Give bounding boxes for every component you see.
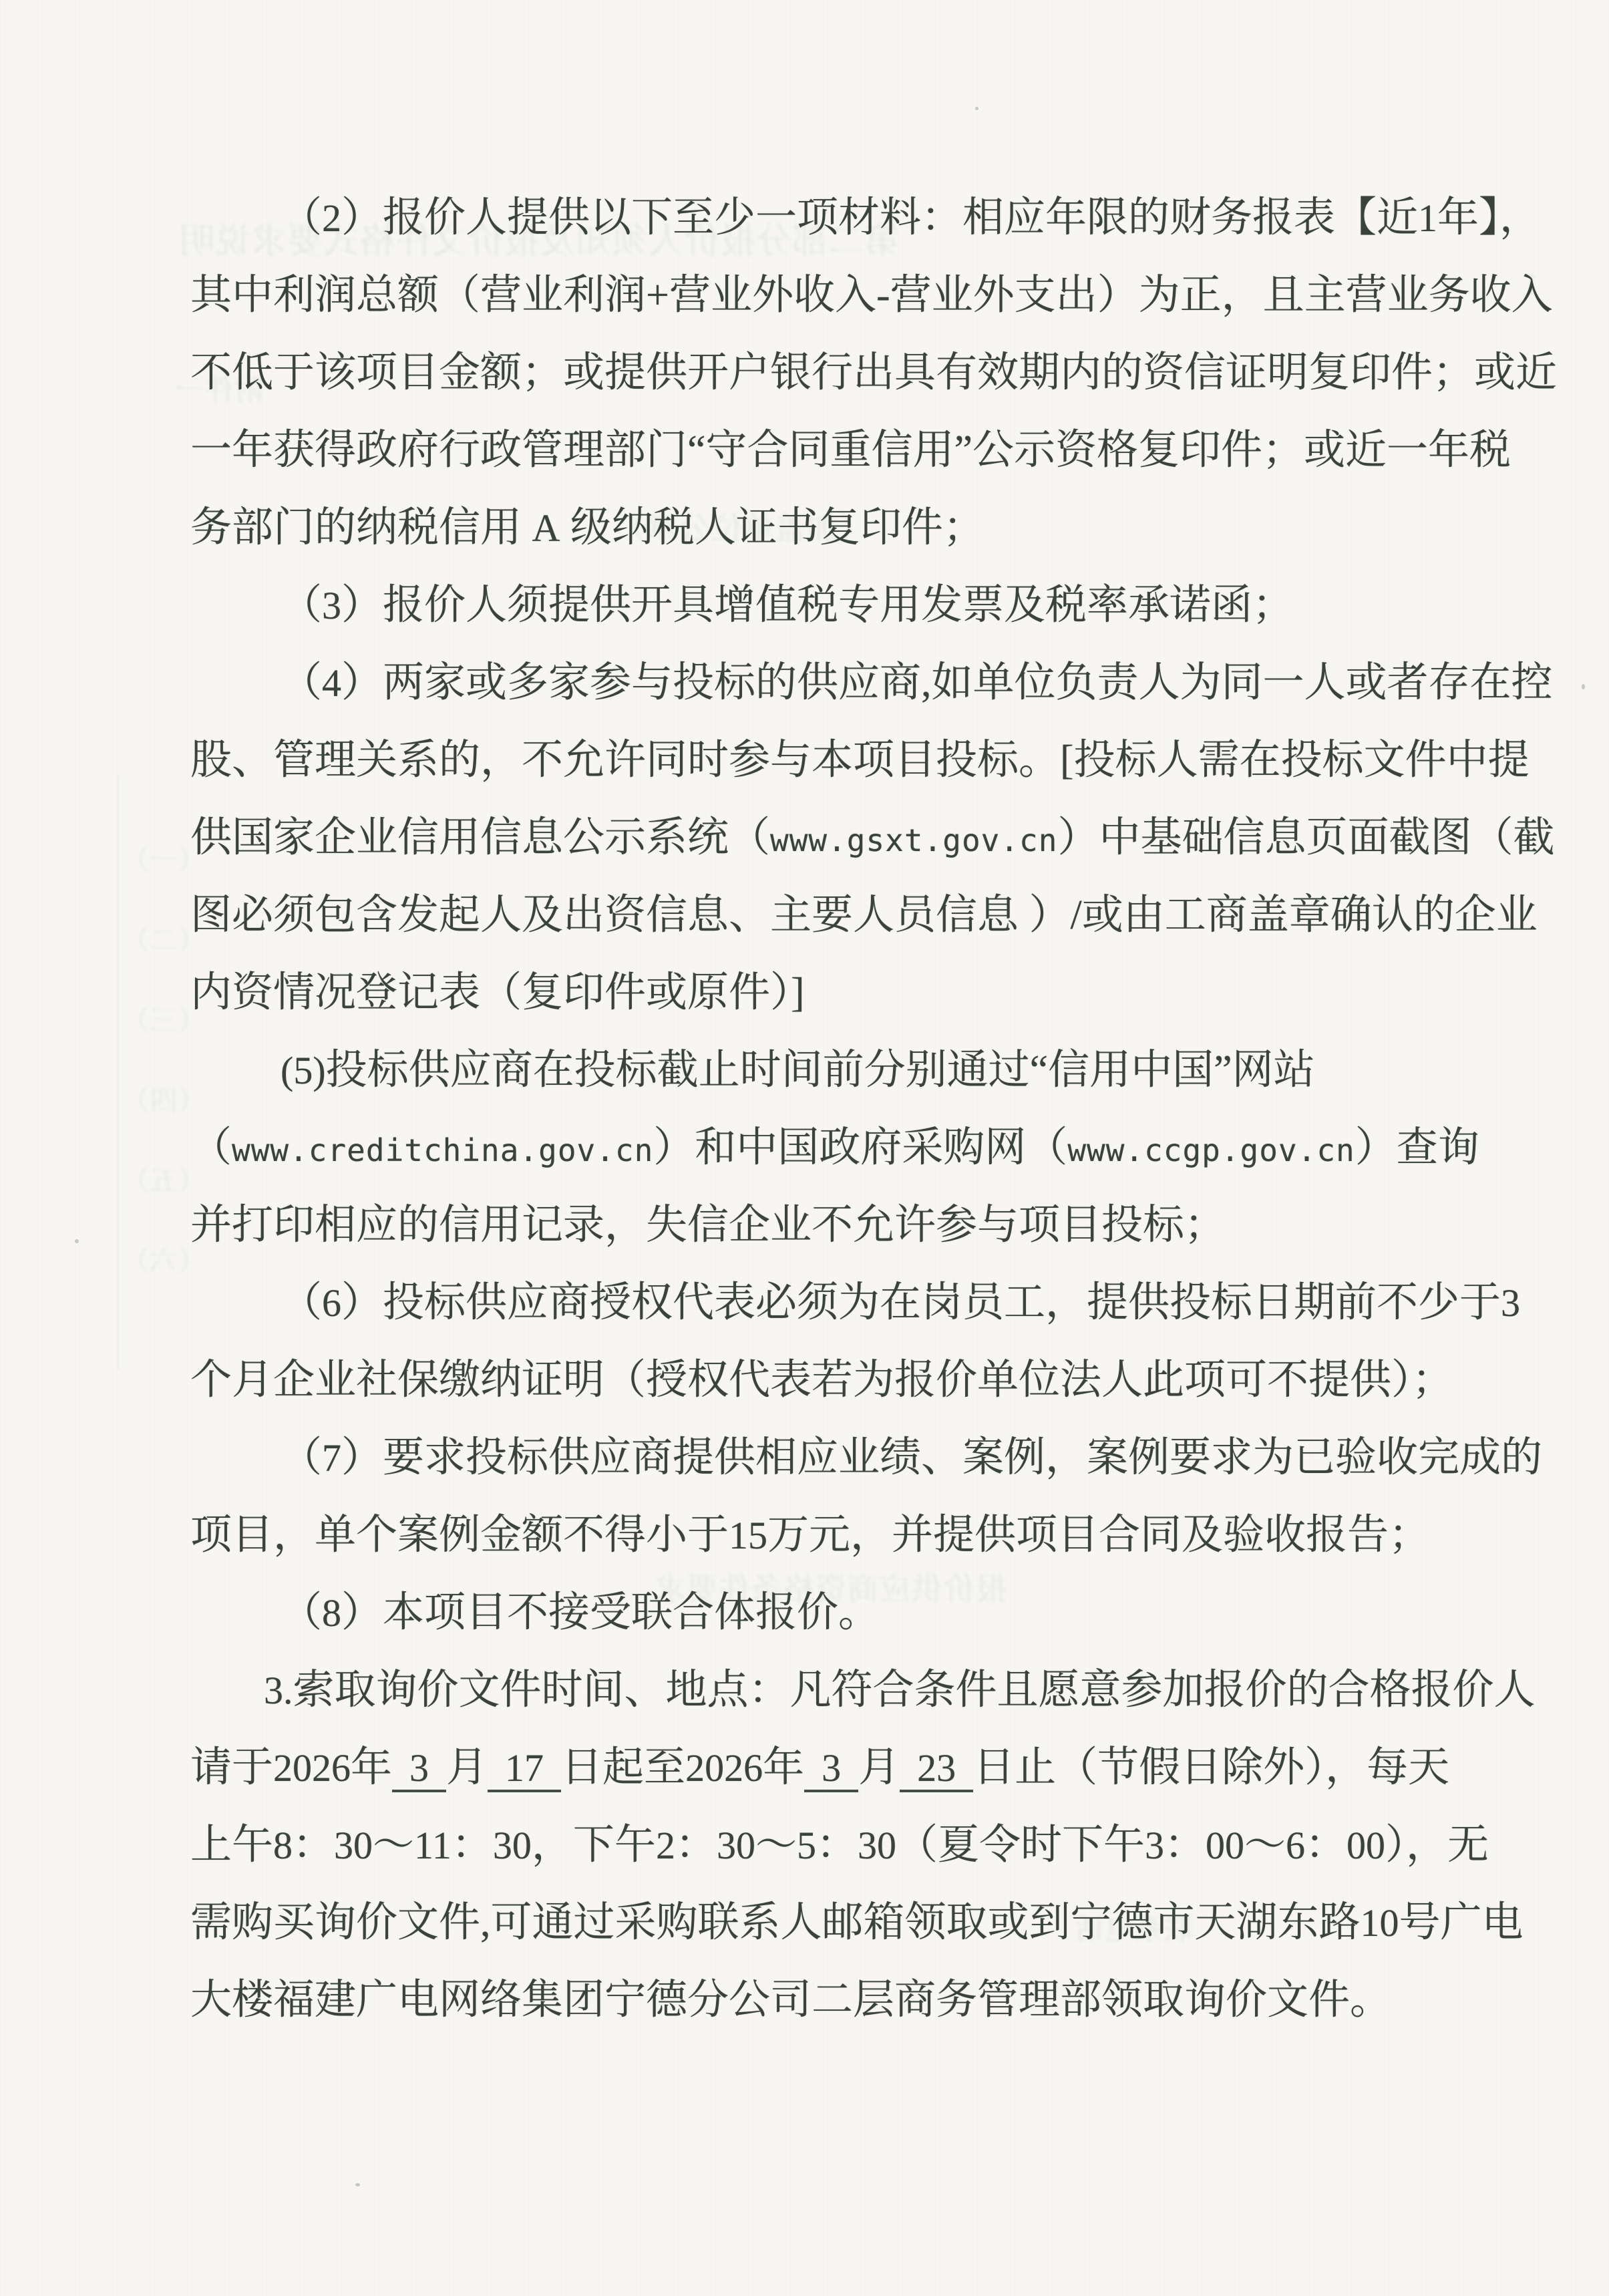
scan-speck — [1582, 684, 1585, 689]
text-run: 大楼福建广电网络集团宁德分公司二层商务管理部领取询价文件。 — [190, 1977, 1391, 2023]
text-line: 内资情况登记表（复印件或原件）] — [190, 954, 1446, 1031]
text-run: ）两家或多家参与投标的供应商,如单位负责人为同一人或者存在控 — [341, 660, 1553, 705]
text-run: ）投标供应商授权代表必须为在岗员工，提供投标日期前不少于 — [341, 1280, 1501, 1325]
text-run: （ — [281, 1590, 322, 1635]
text-run: (5) — [281, 1049, 326, 1092]
underlined-date-value: 17 — [488, 1746, 561, 1792]
text-run: 万元，并提供项目合同及验收报告； — [767, 1512, 1430, 1558]
text-run: 并打印相应的信用记录，失信企业不允许参与项目投标； — [190, 1202, 1226, 1248]
text-run: 日止（节假日除外），每天 — [973, 1745, 1449, 1790]
text-line: （2）报价人提供以下至少一项材料：相应年限的财务报表【近1年】， — [190, 179, 1446, 257]
scan-speck — [975, 107, 978, 110]
text-run: 股、管理关系的，不允许同时参与本项目投标。[投标人需在投标文件中提 — [190, 737, 1530, 783]
text-run: ～ — [755, 1822, 797, 1868]
text-run: 5 — [797, 1824, 816, 1867]
underlined-date-value: 3 — [804, 1746, 858, 1792]
text-run: （ — [281, 195, 322, 240]
text-run: 图必须包含发起人及出资信息、主要人员信息 ）/或由工商盖章确认的企业 — [190, 892, 1538, 938]
text-line: 3.索取询价文件时间、地点：凡符合条件且愿意参加报价的合格报价人 — [190, 1651, 1446, 1729]
text-run: ： — [452, 1822, 493, 1868]
text-run: ）和中国政府采购网（ — [653, 1125, 1067, 1170]
text-line: 图必须包含发起人及出资信息、主要人员信息 ）/或由工商盖章确认的企业 — [190, 876, 1446, 954]
text-run: 11 — [414, 1824, 452, 1867]
text-run: ）本项目不接受联合体报价。 — [341, 1590, 880, 1635]
text-line: （3）报价人须提供开具增值税专用发票及税率承诺函； — [190, 566, 1446, 644]
text-run: （ — [190, 1125, 232, 1170]
text-run: 务部门的纳税信用 — [190, 505, 532, 550]
text-run: （夏令时下午 — [896, 1822, 1145, 1868]
text-line: 一年获得政府行政管理部门“守合同重信用”公示资格复印件；或近一年税 — [190, 412, 1446, 489]
text-line: 供国家企业信用信息公示系统（www.gsxt.gov.cn）中基础信息页面截图（… — [190, 799, 1446, 876]
text-run: ）中基础信息页面截图（截 — [1057, 815, 1554, 860]
text-run: 3 — [322, 584, 341, 627]
text-run: 需购买询价文件,可通过采购联系人邮箱领取或到宁德市天湖东路 — [190, 1900, 1361, 1945]
text-run: 月 — [858, 1745, 900, 1790]
text-run: 30 — [717, 1824, 755, 1867]
text-run: 30 — [493, 1824, 532, 1867]
document-text: （2）报价人提供以下至少一项材料：相应年限的财务报表【近1年】，其中利润总额（营… — [190, 179, 1446, 2039]
scanned-page: 第二部分报价人须知及报价文件格式要求说明1附件一（加盖单位公章）（一）（二）（三… — [0, 0, 1609, 2296]
text-run: 索取询价文件时间、地点：凡符合条件且愿意参加报价的合格报价人 — [293, 1667, 1536, 1713]
text-run: 7 — [322, 1436, 341, 1480]
text-run: 6 — [1286, 1824, 1305, 1867]
text-run: ）查询 — [1355, 1125, 1479, 1170]
url-text: www.gsxt.gov.cn — [770, 822, 1057, 858]
text-run: 年 — [351, 1745, 392, 1790]
text-run: 请于 — [190, 1745, 273, 1790]
text-run: ： — [1164, 1822, 1206, 1868]
text-run: 2026 — [685, 1746, 763, 1790]
text-run: 年】， — [1437, 195, 1541, 240]
text-run: 投标供应商在投标截止时间前分别通过“信用中国”网站 — [326, 1047, 1315, 1093]
text-run: ： — [293, 1822, 334, 1868]
text-line: 其中利润总额（营业利润+营业外收入-营业外支出）为正，且主营业务收入 — [190, 257, 1446, 334]
text-run: 3. — [264, 1669, 293, 1712]
text-run: （ — [281, 1435, 322, 1480]
text-run: ～ — [1244, 1822, 1286, 1868]
text-run: 3 — [1145, 1824, 1164, 1867]
text-run: （ — [281, 660, 322, 705]
text-line: （4）两家或多家参与投标的供应商,如单位负责人为同一人或者存在控 — [190, 644, 1446, 721]
text-line: 项目，单个案例金额不得小于15万元，并提供项目合同及验收报告； — [190, 1496, 1446, 1574]
text-run: 级纳税人证书复印件； — [560, 505, 985, 550]
text-run: 内资情况登记表（复印件或原件）] — [190, 970, 805, 1015]
text-run: 00 — [1206, 1824, 1244, 1867]
text-line: （www.creditchina.gov.cn）和中国政府采购网（www.ccg… — [190, 1109, 1446, 1186]
underlined-date-value: 23 — [900, 1746, 973, 1792]
text-line: 股、管理关系的，不允许同时参与本项目投标。[投标人需在投标文件中提 — [190, 721, 1446, 799]
text-run: 10 — [1361, 1901, 1399, 1945]
text-run: ）报价人须提供开具增值税专用发票及税率承诺函； — [341, 583, 1294, 628]
text-run: 1 — [1418, 196, 1437, 240]
text-run: 一年获得政府行政管理部门“守合同重信用”公示资格复印件；或近一年税 — [190, 428, 1511, 473]
text-run: 其中利润总额（营业利润+营业外收入-营业外支出）为正，且主营业务收入 — [190, 273, 1553, 318]
text-line: （6）投标供应商授权代表必须为在岗员工，提供投标日期前不少于3 — [190, 1264, 1446, 1341]
text-line: 大楼福建广电网络集团宁德分公司二层商务管理部领取询价文件。 — [190, 1961, 1446, 2039]
text-run: （ — [281, 583, 322, 628]
text-run: ： — [675, 1822, 717, 1868]
url-text: www.creditchina.gov.cn — [232, 1132, 653, 1168]
bleedthrough-table-line — [118, 775, 119, 1369]
text-run: 号广电 — [1399, 1900, 1524, 1945]
underlined-date-value: 3 — [392, 1746, 446, 1792]
text-line: 务部门的纳税信用 A 级纳税人证书复印件； — [190, 489, 1446, 566]
text-line: （7）要求投标供应商提供相应业绩、案例，案例要求为已验收完成的 — [190, 1419, 1446, 1496]
text-run: A — [532, 506, 560, 550]
text-run: ： — [816, 1822, 858, 1868]
scan-speck — [355, 2183, 360, 2186]
text-run: 月 — [446, 1745, 488, 1790]
text-run: 4 — [322, 661, 341, 705]
text-run: 6 — [322, 1281, 341, 1325]
text-line: 请于2026年3月17日起至2026年3月23日止（节假日除外），每天 — [190, 1729, 1446, 1806]
text-run: 15 — [729, 1514, 767, 1557]
text-run: 8 — [273, 1824, 293, 1867]
text-run: 2 — [322, 196, 341, 240]
text-run: 8 — [322, 1591, 341, 1635]
text-line: （8）本项目不接受联合体报价。 — [190, 1574, 1446, 1651]
text-run: ），无 — [1385, 1822, 1489, 1868]
text-run: 2 — [656, 1824, 675, 1867]
text-run: 供国家企业信用信息公示系统（ — [190, 815, 770, 860]
text-run: ～ — [373, 1822, 414, 1868]
text-run: 日起至 — [561, 1745, 685, 1790]
text-run: 30 — [334, 1824, 373, 1867]
text-run: ）报价人提供以下至少一项材料：相应年限的财务报表【近 — [341, 195, 1418, 240]
text-run: 2026 — [273, 1746, 351, 1790]
text-run: ： — [1305, 1822, 1347, 1868]
scan-speck — [75, 1239, 79, 1243]
text-line: 个月企业社保缴纳证明（授权代表若为报价单位法人此项可不提供）； — [190, 1341, 1446, 1419]
text-run: 项目，单个案例金额不得小于 — [190, 1512, 729, 1558]
text-line: (5)投标供应商在投标截止时间前分别通过“信用中国”网站 — [190, 1031, 1446, 1109]
url-text: www.ccgp.gov.cn — [1067, 1132, 1355, 1168]
text-line: 上午8：30～11：30，下午2：30～5：30（夏令时下午3：00～6：00）… — [190, 1806, 1446, 1884]
text-run: ，下午 — [532, 1822, 656, 1868]
text-run: ）要求投标供应商提供相应业绩、案例，案例要求为已验收完成的 — [341, 1435, 1542, 1480]
text-run: 不低于该项目金额；或提供开户银行出具有效期内的资信证明复印件；或近 — [190, 350, 1557, 395]
text-run: 上午 — [190, 1822, 273, 1868]
text-line: 并打印相应的信用记录，失信企业不允许参与项目投标； — [190, 1186, 1446, 1264]
text-run: 3 — [1501, 1281, 1520, 1325]
text-run: （ — [281, 1280, 322, 1325]
text-run: 00 — [1347, 1824, 1385, 1867]
text-run: 年 — [763, 1745, 804, 1790]
text-line: 不低于该项目金额；或提供开户银行出具有效期内的资信证明复印件；或近 — [190, 334, 1446, 412]
text-run: 个月企业社保缴纳证明（授权代表若为报价单位法人此项可不提供）； — [190, 1357, 1453, 1403]
text-run: 30 — [858, 1824, 896, 1867]
text-line: 需购买询价文件,可通过采购联系人邮箱领取或到宁德市天湖东路10号广电 — [190, 1884, 1446, 1961]
